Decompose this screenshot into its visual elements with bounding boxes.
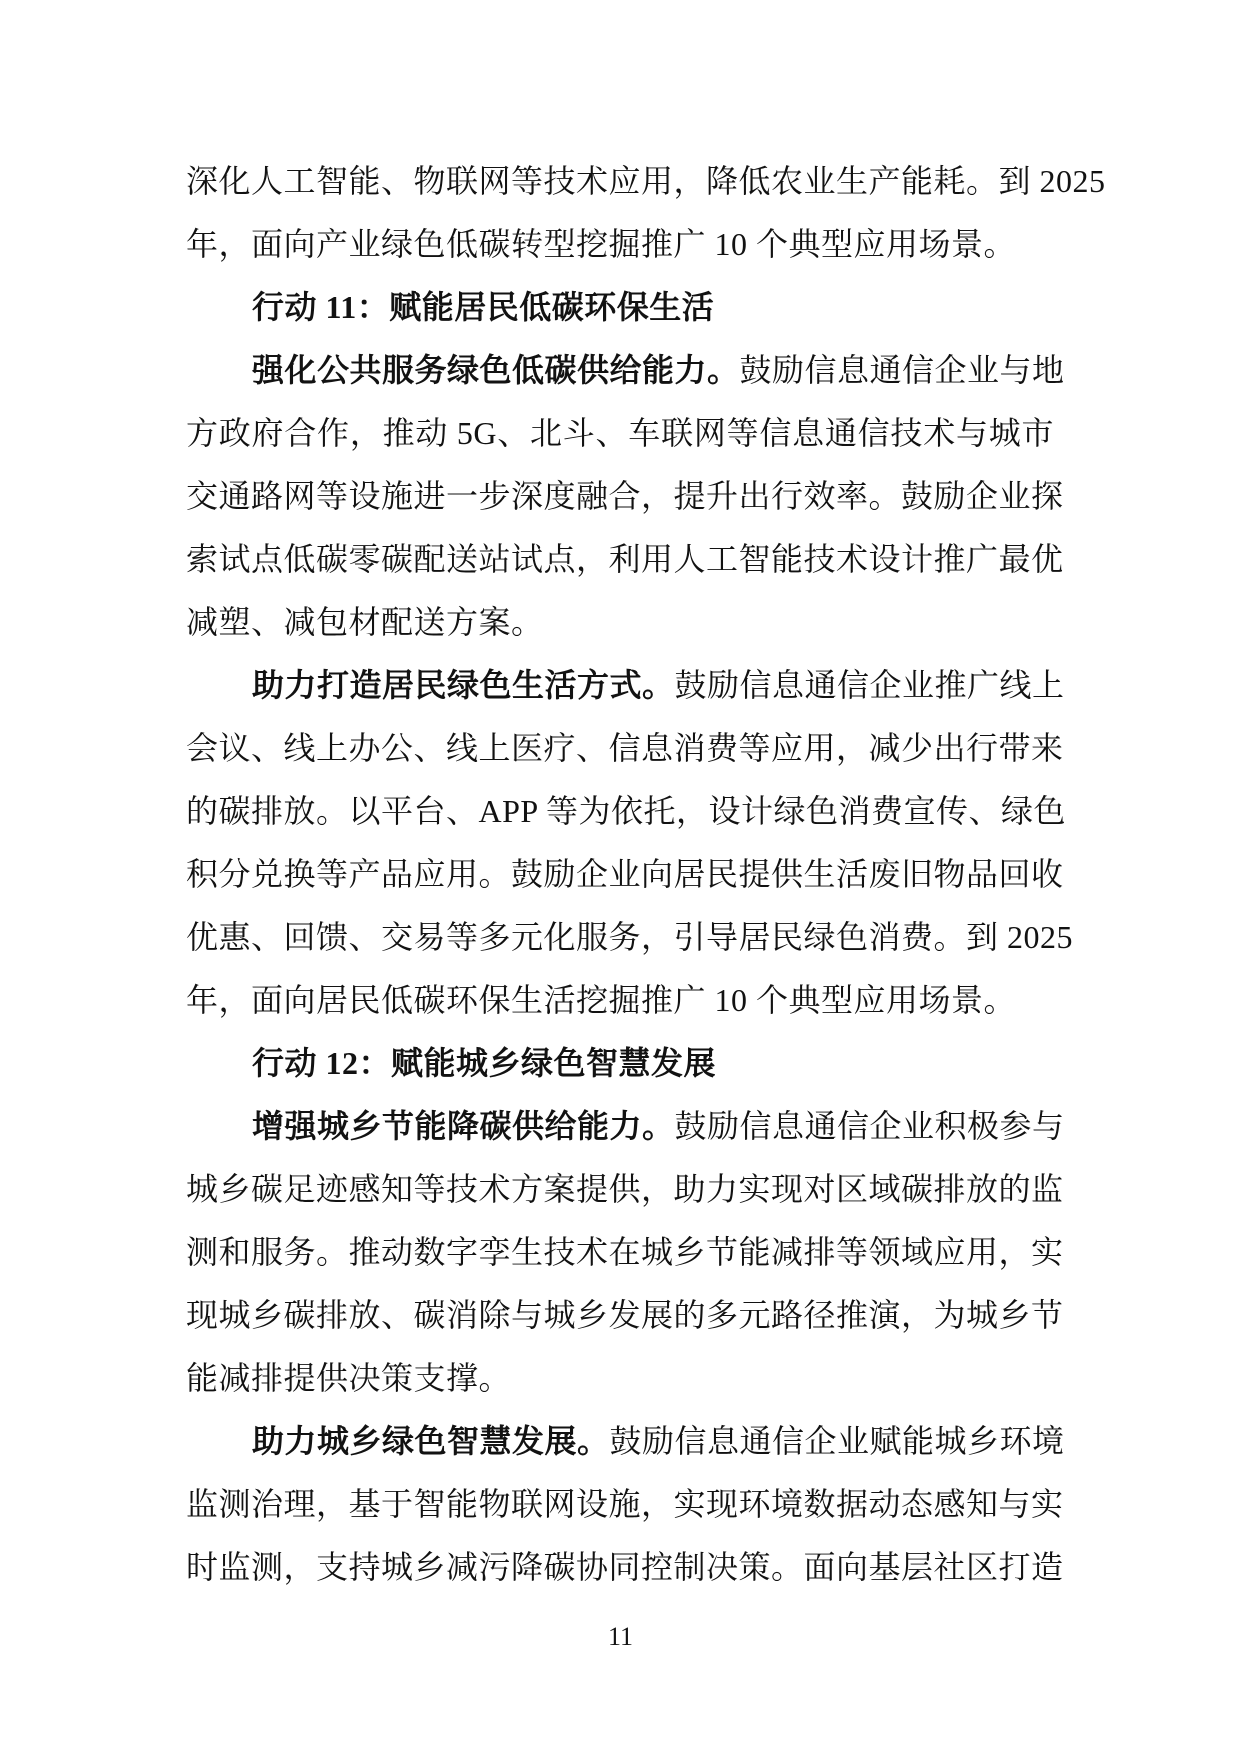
page-number: 11 <box>0 1622 1241 1652</box>
paragraph-line: 助力城乡绿色智慧发展。鼓励信息通信企业赋能城乡环境 <box>186 1410 1054 1473</box>
paragraph-line: 助力打造居民绿色生活方式。鼓励信息通信企业推广线上 <box>186 654 1054 717</box>
paragraph-line: 监测治理，基于智能物联网设施，实现环境数据动态感知与实 <box>186 1473 1054 1536</box>
paragraph-line: 现城乡碳排放、碳消除与城乡发展的多元路径推演，为城乡节 <box>186 1284 1054 1347</box>
section-heading: 行动 12：赋能城乡绿色智慧发展 <box>186 1032 1054 1095</box>
paragraph-line: 城乡碳足迹感知等技术方案提供，助力实现对区域碳排放的监 <box>186 1158 1054 1221</box>
paragraph-line: 强化公共服务绿色低碳供给能力。鼓励信息通信企业与地 <box>186 339 1054 402</box>
bold-lead-in: 助力打造居民绿色生活方式。 <box>252 667 675 703</box>
line-text: 鼓励信息通信企业与地 <box>740 352 1065 388</box>
bold-lead-in: 强化公共服务绿色低碳供给能力。 <box>252 352 740 388</box>
paragraph-line: 测和服务。推动数字孪生技术在城乡节能减排等领域应用，实 <box>186 1221 1054 1284</box>
line-text: 鼓励信息通信企业积极参与 <box>675 1108 1065 1144</box>
document-page: 深化人工智能、物联网等技术应用，降低农业生产能耗。到 2025年，面向产业绿色低… <box>0 0 1241 1754</box>
bold-lead-in: 增强城乡节能降碳供给能力。 <box>252 1108 675 1144</box>
paragraph-line: 年，面向产业绿色低碳转型挖掘推广 10 个典型应用场景。 <box>186 213 1054 276</box>
paragraph-line: 积分兑换等产品应用。鼓励企业向居民提供生活废旧物品回收 <box>186 843 1054 906</box>
line-text: 鼓励信息通信企业赋能城乡环境 <box>610 1423 1065 1459</box>
line-text: 鼓励信息通信企业推广线上 <box>675 667 1065 703</box>
paragraph-line: 能减排提供决策支撑。 <box>186 1347 1054 1410</box>
paragraph-line: 会议、线上办公、线上医疗、信息消费等应用，减少出行带来 <box>186 717 1054 780</box>
paragraph-line: 方政府合作，推动 5G、北斗、车联网等信息通信技术与城市 <box>186 402 1054 465</box>
paragraph-line: 年，面向居民低碳环保生活挖掘推广 10 个典型应用场景。 <box>186 969 1054 1032</box>
paragraph-line: 索试点低碳零碳配送站试点，利用人工智能技术设计推广最优 <box>186 528 1054 591</box>
section-heading: 行动 11：赋能居民低碳环保生活 <box>186 276 1054 339</box>
page-body: 深化人工智能、物联网等技术应用，降低农业生产能耗。到 2025年，面向产业绿色低… <box>186 150 1054 1599</box>
paragraph-line: 时监测，支持城乡减污降碳协同控制决策。面向基层社区打造 <box>186 1536 1054 1599</box>
bold-lead-in: 助力城乡绿色智慧发展。 <box>252 1423 610 1459</box>
paragraph-line: 优惠、回馈、交易等多元化服务，引导居民绿色消费。到 2025 <box>186 906 1054 969</box>
paragraph-line: 深化人工智能、物联网等技术应用，降低农业生产能耗。到 2025 <box>186 150 1054 213</box>
paragraph-line: 增强城乡节能降碳供给能力。鼓励信息通信企业积极参与 <box>186 1095 1054 1158</box>
paragraph-line: 的碳排放。以平台、APP 等为依托，设计绿色消费宣传、绿色 <box>186 780 1054 843</box>
paragraph-line: 减塑、减包材配送方案。 <box>186 591 1054 654</box>
paragraph-line: 交通路网等设施进一步深度融合，提升出行效率。鼓励企业探 <box>186 465 1054 528</box>
